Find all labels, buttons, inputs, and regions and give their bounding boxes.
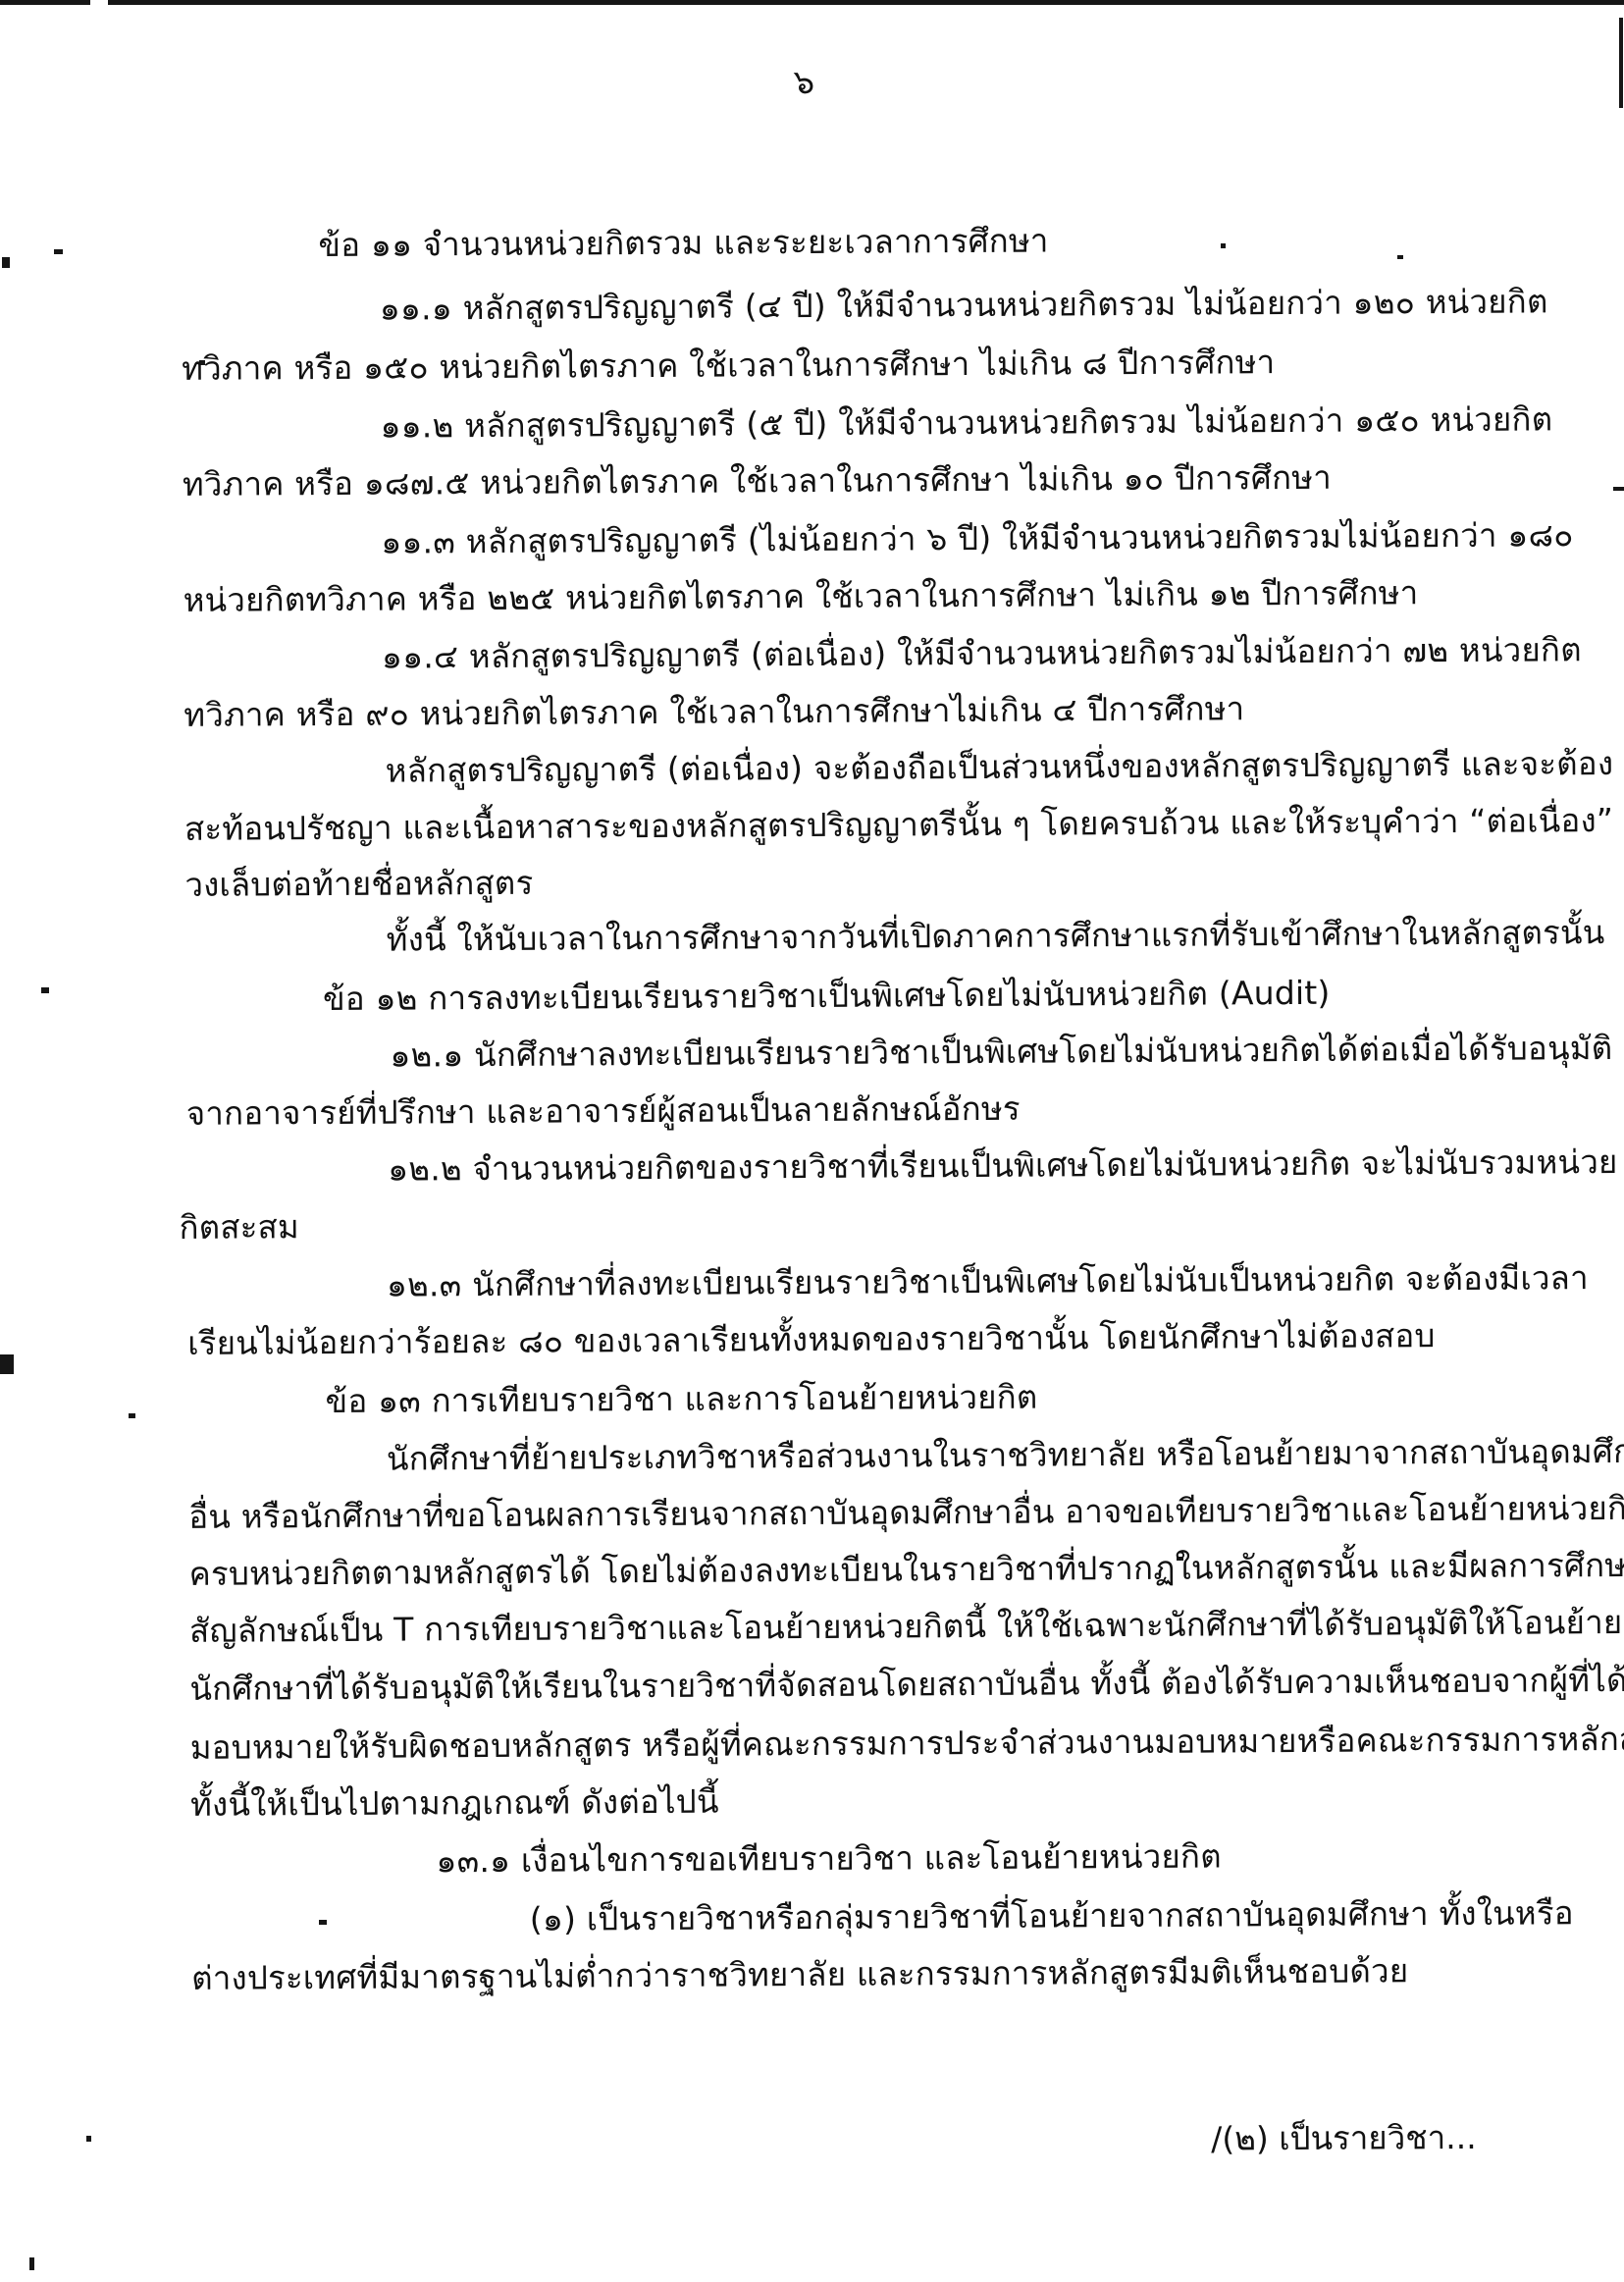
text-line: หน่วยกิตทวิภาค หรือ ๒๒๕ หน่วยกิตไตรภาค ใ… xyxy=(183,574,1419,619)
text-line: นักศึกษาที่ได้รับอนุมัติให้เรียนในรายวิช… xyxy=(189,1662,1624,1708)
text-layer: ข้อ ๑๑ จำนวนหน่วยกิตรวม และระยะเวลาการศึ… xyxy=(0,0,1617,5)
text-line: ทวิภาค หรือ ๙๐ หน่วยกิตไตรภาค ใช้เวลาในก… xyxy=(183,690,1244,734)
text-line: ๑๑.๓ หลักสูตรปริญญาตรี (ไม่น้อยกว่า ๖ ปี… xyxy=(381,516,1573,560)
text-line: อื่น หรือนักศึกษาที่ขอโอนผลการเรียนจากสถ… xyxy=(188,1490,1624,1536)
text-line: ครบหน่วยกิตตามหลักสูตรได้ โดยไม่ต้องลงทะ… xyxy=(189,1547,1624,1593)
text-line: ทั้งนี้ให้เป็นไปตามกฎเกณฑ์ ดังต่อไปนี้ xyxy=(190,1783,719,1824)
text-line: ทวิภาค หรือ ๑๘๗.๕ หน่วยกิตไตรภาค ใช้เวลา… xyxy=(183,459,1332,504)
text-line: ๑๓.๑ เงื่อนไขการขอเทียบรายวิชา และโอนย้า… xyxy=(436,1837,1222,1880)
text-line: ต่างประเทศที่มีมาตรฐานไม่ต่ำกว่าราชวิทยา… xyxy=(191,1952,1408,1997)
text-line: วงเล็บต่อท้ายชื่อหลักสูตร xyxy=(184,865,533,904)
document-content: ๖ ข้อ ๑๑ จำนวนหน่วยกิตรวม และระยะเวลาการ… xyxy=(0,0,1624,2282)
text-line: ข้อ ๑๒ การลงทะเบียนเรียนรายวิชาเป็นพิเศษ… xyxy=(323,975,1331,1018)
text-line: (๑) เป็นรายวิชาหรือกลุ่มรายวิชาที่โอนย้า… xyxy=(530,1894,1574,1937)
text-line: สะท้อนปรัชญา และเนื้อหาสาระของหลักสูตรปร… xyxy=(184,802,1624,848)
scanned-document-page: ๖ ข้อ ๑๑ จำนวนหน่วยกิตรวม และระยะเวลาการ… xyxy=(0,0,1624,2282)
text-line: ๑๑.๔ หลักสูตรปริญญาตรี (ต่อเนื่อง) ให้มี… xyxy=(382,631,1582,675)
text-line: ๑๒.๒ จำนวนหน่วยกิตของรายวิชาที่เรียนเป็น… xyxy=(388,1143,1618,1189)
text-line: นักศึกษาที่ย้ายประเภทวิชาหรือส่วนงานในรา… xyxy=(387,1433,1624,1478)
text-line: สัญลักษณ์เป็น T การเทียบรายวิชาและโอนย้า… xyxy=(189,1604,1624,1650)
text-line: ๑๑.๒ หลักสูตรปริญญาตรี (๕ ปี) ให้มีจำนวน… xyxy=(380,400,1552,445)
text-line: ข้อ ๑๑ จำนวนหน่วยกิตรวม และระยะเวลาการศึ… xyxy=(318,223,1048,264)
text-line: ทวิภาค หรือ ๑๕๐ หน่วยกิตไตรภาค ใช้เวลาใน… xyxy=(182,344,1275,388)
text-line: หลักสูตรปริญญาตรี (ต่อเนื่อง) จะต้องถือเ… xyxy=(386,745,1614,790)
text-line: ๑๒.๑ นักศึกษาลงทะเบียนเรียนรายวิชาเป็นพิ… xyxy=(390,1030,1612,1075)
footer-continuation-mark: /(๒) เป็นรายวิชา... xyxy=(1211,2119,1477,2158)
text-line: มอบหมายให้รับผิดชอบหลักสูตร หรือผู้ที่คณ… xyxy=(190,1721,1624,1767)
page-number: ๖ xyxy=(784,65,823,102)
scan-speck xyxy=(1619,18,1623,108)
text-line: ข้อ ๑๓ การเทียบรายวิชา และการโอนย้ายหน่ว… xyxy=(325,1379,1037,1420)
text-line: จากอาจารย์ที่ปรึกษา และอาจารย์ผู้สอนเป็น… xyxy=(186,1090,1021,1133)
text-line: ๑๒.๓ นักศึกษาที่ลงทะเบียนเรียนรายวิชาเป็… xyxy=(387,1259,1589,1303)
text-line: ๑๑.๑ หลักสูตรปริญญาตรี (๔ ปี) ให้มีจำนวน… xyxy=(380,283,1548,327)
text-line: เรียนไม่น้อยกว่าร้อยละ ๘๐ ของเวลาเรียนทั… xyxy=(187,1317,1436,1362)
text-line: กิตสะสม xyxy=(179,1208,299,1247)
text-line: ทั้งนี้ ให้นับเวลาในการศึกษาจากวันที่เปิ… xyxy=(387,914,1605,959)
